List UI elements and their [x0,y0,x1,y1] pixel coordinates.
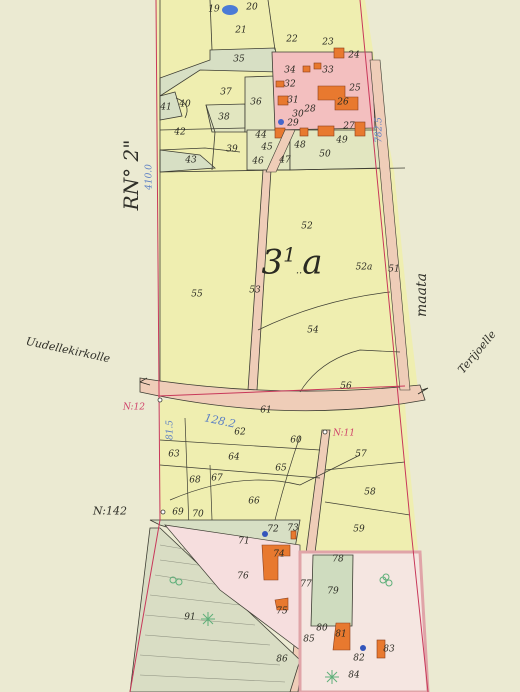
parcel-number: 52a [356,264,373,273]
parcel-number: 85 [303,636,314,645]
parcel-number: 35 [233,56,244,65]
rn-annotation: RN° 2" [121,140,141,211]
n12-label: N:12 [123,404,145,413]
parcel-number: 62 [234,429,245,438]
distance-410: 410.0 [146,164,155,190]
parcel-number: 45 [261,144,272,153]
pond [222,5,238,15]
parcel-number: 29 [287,120,298,129]
parcel-number: 64 [228,454,239,463]
parcel-number: 59 [353,526,364,535]
parcel-number: 28 [304,106,315,115]
parcel-number: 55 [191,291,202,300]
map-sheet-title: 31..a [261,244,322,279]
parcel-number: 26 [337,99,348,108]
parcel-number: 73 [287,525,298,534]
parcel-number: 38 [218,114,229,123]
parcel-number: 80 [316,625,327,634]
parcel-number: 81 [335,631,346,640]
well [278,119,284,125]
parcel-number: 70 [192,511,203,520]
sheet-sup: 1 [283,242,296,266]
parcel-number: 69 [172,509,183,518]
parcel-number: 46 [252,158,263,167]
parcel-number: 86 [276,656,287,665]
parcel-number: 71 [238,538,249,547]
parcel-number: 66 [248,498,259,507]
parcel-number: 50 [319,151,330,160]
parcel-number: 33 [322,67,333,76]
parcel-number: 42 [174,129,185,138]
parcel-number: 48 [294,142,305,151]
parcel-number: 47 [279,157,290,166]
parcel-number: 25 [349,85,360,94]
parcel-number: 39 [226,146,237,155]
parcel-number: 31 [287,97,298,106]
sheet-number: 3 [261,243,283,283]
distance-81: 81.5 [167,420,176,440]
well-82 [360,645,366,651]
parcel-number: 83 [383,646,394,655]
parcel-number: 61 [260,407,271,416]
parcel-number: 51 [388,266,399,275]
parcel-number: 63 [168,451,179,460]
distance-782: 782.5 [376,117,385,143]
parcel-number: 49 [336,137,347,146]
sheet-letter: a [302,243,322,283]
parcel-number: 91 [184,614,195,623]
parcel-number: 23 [322,39,333,48]
parcel-number: 41 [160,104,171,113]
parcel-number: 27 [343,123,354,132]
parcel-number: 65 [275,465,286,474]
parcel-number: 67 [211,475,222,484]
parcel-number: 22 [286,36,297,45]
parcel-number: 75 [276,608,287,617]
parcel-number: 54 [307,327,318,336]
parcel-number: 24 [348,52,359,61]
maata-label: maata [415,273,429,317]
parcel-number: 78 [332,556,343,565]
parcel-number: 58 [364,489,375,498]
parcel-number: 72 [267,526,278,535]
parcel-number: 52 [301,223,312,232]
parcel-number: 84 [348,672,359,681]
parcel-number: 32 [284,81,295,90]
n11-label: N:11 [333,430,355,439]
parcel-number: 44 [255,132,266,141]
parcel-number: 68 [189,477,200,486]
parcel-number: 43 [185,157,196,166]
parcel-number: 36 [250,99,261,108]
parcel-number: 21 [235,27,246,36]
parcel-number: 34 [284,67,295,76]
parcel-number: 82 [353,655,364,664]
parcel-number: 20 [246,4,257,13]
parcel-number: 60 [290,437,301,446]
parcel-number: 57 [355,451,366,460]
parcel-number: 56 [340,383,351,392]
parcel-number: 53 [249,287,260,296]
parcel-number: 37 [220,89,231,98]
parcel-number: 40 [179,101,190,110]
parcel-number: 74 [273,551,284,560]
parcel-number: 76 [237,573,248,582]
parcel-number: 19 [208,6,219,15]
cadastral-map: 31..a RN° 2" Uudellekirkolle Terijoelle … [0,0,520,692]
n142-label: N:142 [93,506,127,517]
parcel-number: 79 [327,588,338,597]
parcel-number: 77 [300,581,311,590]
